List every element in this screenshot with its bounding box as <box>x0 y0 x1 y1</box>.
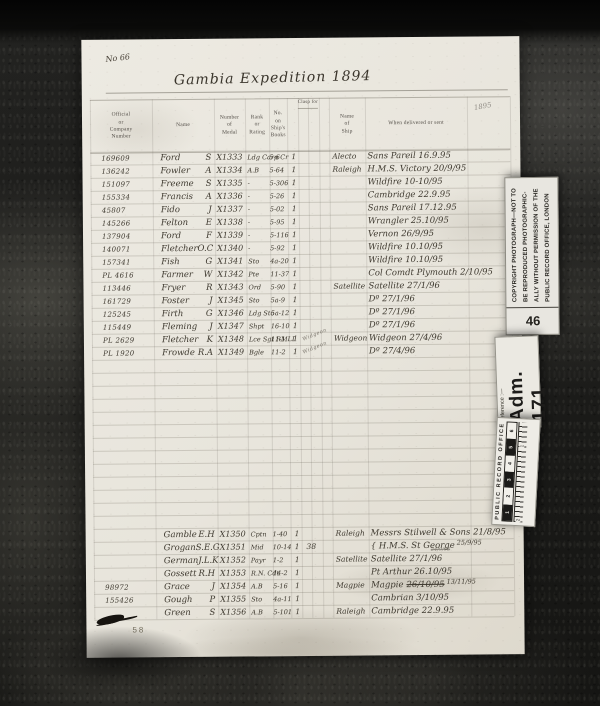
delivered-text: Dº 27/1/96 <box>369 320 415 330</box>
ships-book-cell: 1-2 <box>273 556 291 564</box>
header-clasp-group: Clasp for Gambia 1894Gambia 1894Gambia 1… <box>287 99 329 151</box>
stamp-number: 46 <box>525 313 540 328</box>
ruler-inch-cell: 2 <box>503 488 513 505</box>
surname: Fido <box>161 205 180 215</box>
ruler-inch-cell: 4 <box>505 455 515 472</box>
clasp-count: 1 <box>295 581 300 590</box>
delivered-correction: 13/11/95 <box>447 577 476 585</box>
clasp-count: 1 <box>292 230 297 239</box>
delivered-correction: 25/9/95 <box>457 538 482 546</box>
official-number: PL 1920 <box>103 349 135 357</box>
official-number: 125245 <box>103 310 132 318</box>
ruler-cm-number: 2 <box>515 518 520 523</box>
delivered-text: Dº 27/1/96 <box>369 307 415 317</box>
delivered-cell: Vernon 26/9/95 <box>366 228 468 239</box>
header-ship-name: Name of Ship <box>329 98 365 150</box>
official-number: 169609 <box>101 154 130 162</box>
delivered-text: Magpie <box>371 580 403 590</box>
clasp-count: 1 <box>295 542 300 551</box>
official-number: 155426 <box>105 596 134 604</box>
name-cell: GermanJ.L.K <box>156 555 218 566</box>
medal-number-cell: X1349 <box>216 347 247 356</box>
header-medal-number: Number of Medal <box>214 99 245 151</box>
delivered-text: Pt Arthur 26.10/95 <box>371 566 452 577</box>
initials: W <box>204 269 213 279</box>
name-cell: FletcherO.C <box>153 243 215 254</box>
rank-cell: - <box>246 192 270 200</box>
official-number-cell: 136242 <box>90 167 152 176</box>
ledger-rows-bottom-group: GambleE.H X1350 Cptn 1-40 1 Raleigh Mess… <box>94 525 515 620</box>
initials: S.E.G <box>196 542 220 552</box>
clasp-count: 1 <box>295 555 300 564</box>
header-clasp-for: Clasp for <box>298 99 318 109</box>
delivered-text: Col Comdt Plymouth 2/10/95 <box>368 267 493 278</box>
ship-cell: Raleigh <box>333 528 369 537</box>
ships-book-cell: 5a-12 <box>271 309 289 317</box>
medal-number-cell: X1335 <box>215 178 246 187</box>
delivered-text: Wildfire 10-10/95 <box>368 176 443 187</box>
name-cell: FrowdeR.A <box>154 347 216 358</box>
reference-label: Reference :— Adm. 171 <box>494 335 541 428</box>
delivered-cell: Sans Pareil 16.9.95 <box>365 150 467 161</box>
name-cell: GambleE.H <box>156 529 218 540</box>
ruler-inch-cell: 6 <box>507 423 517 440</box>
official-number: 98972 <box>105 583 129 591</box>
delivered-cell: Satellite 27/1/96 <box>369 553 471 564</box>
header-ships-books: No. on Ship's Books <box>269 99 287 151</box>
delivered-text: Wildfire 10.10/95 <box>368 254 443 265</box>
clasp-cell: 1 <box>288 191 330 200</box>
medal-number-cell: X1341 <box>215 256 246 265</box>
official-number-cell <box>94 561 156 562</box>
photograph-frame: No 66 Gambia Expedition 1894 Official or… <box>0 0 600 706</box>
delivered-cell: { H.M.S. St George25/9/9524/9/96 <box>369 540 471 551</box>
rank-cell: Ord <box>246 283 270 291</box>
surname: Grogan <box>164 542 196 552</box>
initials: R.A <box>198 347 213 357</box>
name-cell: FreemeS <box>153 178 215 189</box>
rank-cell: Bgle <box>247 348 271 356</box>
official-number-cell: PL 1920 <box>92 349 154 358</box>
rank-cell: Mid <box>249 543 273 551</box>
initials: J <box>212 581 216 591</box>
clasp-cell: 1 <box>288 204 330 213</box>
initials: S <box>206 178 212 188</box>
clasp-count: 1 <box>292 204 297 213</box>
clasp-count: 1 <box>292 269 297 278</box>
table-header: Official or Company Number Name Number o… <box>90 96 510 154</box>
delivered-cell: Widgeon 27/4/96 <box>367 332 469 343</box>
official-number: PL 4616 <box>102 271 134 279</box>
ruler-inch-cell: 5 <box>506 439 516 456</box>
surname: Fletcher <box>161 243 197 253</box>
clasp-cell: 138 <box>291 542 333 551</box>
ships-book-cell: 5-95 <box>270 218 288 226</box>
name-cell: GoughP <box>156 594 218 605</box>
clasp-cell: 1 <box>287 165 329 174</box>
official-number: 136242 <box>101 167 130 175</box>
name-cell: FordF <box>153 230 215 241</box>
official-number: 45807 <box>102 206 126 214</box>
delivered-text: Satellite 27/1/96 <box>368 280 440 291</box>
ships-book-cell: 5-92 <box>270 244 288 252</box>
medal-number-cell: X1339 <box>215 230 246 239</box>
medal-number-cell: X1355 <box>218 594 249 603</box>
clasp-count: 1 <box>292 256 297 265</box>
rank-cell: - <box>246 231 270 239</box>
medal-number-cell: X1334 <box>214 165 245 174</box>
initials: A <box>205 191 211 201</box>
clasp-count: 1 <box>295 594 300 603</box>
medal-number-cell: X1350 <box>218 529 249 538</box>
official-number: PL 2629 <box>103 336 135 344</box>
initials: J.L.K <box>198 555 218 565</box>
official-number-cell: PL 4616 <box>91 271 153 280</box>
rank-cell: - <box>246 218 270 226</box>
corner-shadow <box>50 615 260 705</box>
delivered-text: Sans Pareil 16.9.95 <box>367 150 451 161</box>
name-cell: FosterJ <box>154 295 216 306</box>
official-number-cell <box>94 535 156 536</box>
ship-cell: Alecto <box>329 151 365 160</box>
ships-book-cell: 1-40 <box>273 530 291 538</box>
delivered-cell: Dº 27/4/96 <box>367 345 469 356</box>
clasp-count: 1 <box>292 178 297 187</box>
rank-cell: Pte <box>246 270 270 278</box>
ships-book-cell: 11-37 <box>270 270 288 278</box>
ship-cell: Raleigh <box>333 606 369 615</box>
initials: S <box>205 152 211 162</box>
official-number: 155334 <box>102 193 131 201</box>
name-cell: GossettR.H <box>156 568 218 579</box>
ships-book-cell: 5-306 <box>270 179 288 187</box>
ledger-rows-top-group: 169609 FordS X1333 Ldg Carp Cr 5-6 1 Ale… <box>90 148 512 360</box>
delivered-text: Cambridge 22.9.95 <box>371 605 454 616</box>
delivered-cell: Wildfire 10.10/95 <box>366 241 468 252</box>
delivered-struck-text: 26/10/95 <box>406 579 444 589</box>
surname: Fletcher <box>162 334 198 344</box>
clasp-cell: 1 <box>291 555 333 564</box>
name-cell: FryerR <box>153 282 215 293</box>
delivered-text: Satellite 27/1/96 <box>371 553 443 564</box>
name-cell: FarmerW <box>153 269 215 280</box>
official-number-cell: 137904 <box>91 232 153 241</box>
surname: Fleming <box>162 321 197 331</box>
ruler-inch-cell: 1 <box>502 504 512 521</box>
surname: Farmer <box>161 269 193 279</box>
name-cell: FowlerA <box>152 165 214 176</box>
medal-number-cell: X1333 <box>214 152 245 161</box>
initials: J <box>209 295 213 305</box>
rank-cell: R.N. Cdt <box>249 569 273 577</box>
official-number: 115449 <box>103 323 132 331</box>
surname: Firth <box>162 309 184 319</box>
pro-ruler-label: PUBLIC RECORD OFFICE 123456 12 <box>491 417 541 527</box>
medal-number-cell: X1340 <box>215 243 246 252</box>
clasp-cell: 1 <box>288 217 330 226</box>
surname: Fryer <box>161 283 185 293</box>
surname: Fish <box>161 257 180 267</box>
clasp-count: 1 <box>293 321 298 330</box>
surname: Gamble <box>164 529 197 539</box>
official-number-cell <box>94 574 156 575</box>
initials: R.H <box>198 568 215 578</box>
rank-cell: Payr <box>249 556 273 564</box>
initials: A <box>205 165 211 175</box>
ship-cell: Magpie <box>333 580 369 589</box>
official-number-cell: 155426 <box>94 596 156 605</box>
official-number-cell <box>94 613 156 614</box>
official-number: 140071 <box>102 245 131 253</box>
clasp-count: 1 <box>295 568 300 577</box>
ledger-page: No 66 Gambia Expedition 1894 Official or… <box>81 36 524 658</box>
delivered-text: Messrs Stilwell & Sons 21/8/95 <box>371 527 506 538</box>
official-number-cell: 155334 <box>91 193 153 202</box>
ships-book-cell: 5-16 <box>273 582 291 590</box>
clasp-count: 1 <box>292 282 297 291</box>
surname: Ford <box>161 231 181 241</box>
official-number-cell: 161729 <box>92 297 154 306</box>
official-number-cell: 115449 <box>92 323 154 332</box>
rank-cell: - <box>246 179 270 187</box>
delivered-text: Sans Pareil 17.12.95 <box>368 202 457 213</box>
delivered-cell: Wrangler 25.10/95 <box>366 215 468 226</box>
ruler-cm-number: 1 <box>519 444 524 449</box>
delivered-cell: H.M.S. Victory 20/9/95 <box>365 163 467 174</box>
clasp-cell: 1 <box>291 581 333 590</box>
copyright-text: COPYRIGHT PHOTOGRAPH—NOT TOBE REPRODUCED… <box>505 178 558 307</box>
delivered-scribble: 24/9/96 <box>431 546 450 552</box>
stamp-number-box: 46 <box>506 307 558 334</box>
ships-book-cell: 5-02 <box>270 205 288 213</box>
delivered-text: Widgeon 27/4/96 <box>369 332 442 343</box>
clasp-cell: 1 <box>291 529 333 538</box>
initials: F <box>206 230 212 240</box>
official-number-cell: 145266 <box>91 219 153 228</box>
clasp-count: 1 <box>295 529 300 538</box>
ship-cell: Raleigh <box>329 164 365 173</box>
clasp-cell: 1 <box>288 256 330 265</box>
copyright-stamp: 46 COPYRIGHT PHOTOGRAPH—NOT TOBE REPRODU… <box>504 177 559 335</box>
clasp-count: 1 <box>291 152 296 161</box>
name-cell: FordS <box>152 152 214 163</box>
delivered-text: Dº 27/4/96 <box>369 346 415 356</box>
ships-book-cell: 5a-9 <box>271 296 289 304</box>
medal-number-cell: X1354 <box>218 581 249 590</box>
surname: Gough <box>164 594 192 604</box>
clasp-cell: 1 <box>288 269 330 278</box>
clasp-cell: 1 <box>288 230 330 239</box>
clasp-cell: 1 <box>288 243 330 252</box>
name-cell: FletcherK <box>154 334 216 345</box>
rank-cell: A.B <box>245 166 269 174</box>
rank-cell: A.B <box>249 582 273 590</box>
official-number: 113446 <box>102 284 131 292</box>
surname: Fowler <box>160 165 190 175</box>
medal-number-cell: X1345 <box>216 295 247 304</box>
ship-cell: Satellite <box>330 281 366 290</box>
ships-book-cell: 14-2 <box>273 569 291 577</box>
clasp-cell: 1 <box>289 295 331 304</box>
ships-book-cell: 5-101 <box>273 608 291 616</box>
medal-number-cell: X1343 <box>215 282 246 291</box>
name-cell: FirthG <box>154 308 216 319</box>
official-number-cell: 113446 <box>91 284 153 293</box>
delivered-cell: Cambridge 22.9.95 <box>369 605 471 616</box>
medal-number-cell: X1353 <box>218 568 249 577</box>
delivered-text: Vernon 26/9/95 <box>368 228 434 239</box>
ships-book-cell: 11-2 <box>271 348 289 356</box>
name-cell: FidoJ <box>153 204 215 215</box>
ships-book-cell: 4a-20 <box>270 257 288 265</box>
name-cell: GroganS.E.G <box>156 542 218 553</box>
initials: P <box>209 594 215 604</box>
ships-book-cell: 10-14 <box>273 543 291 551</box>
surname: Freeme <box>161 178 194 188</box>
delivered-cell: Cambrian 3/10/95 <box>369 592 471 603</box>
delivered-text: Wrangler 25.10/95 <box>368 215 449 226</box>
official-number: 151097 <box>102 180 131 188</box>
ship-cell: Widgeon <box>331 333 367 342</box>
clasp-cell: 1 <box>289 308 331 317</box>
ships-book-cell: 5-6 <box>269 153 287 161</box>
official-number-cell: 98972 <box>94 583 156 592</box>
official-number-cell: 151097 <box>91 180 153 189</box>
medal-number-cell: X1348 <box>216 334 247 343</box>
medal-number-cell: X1347 <box>216 321 247 330</box>
initials: J <box>208 204 212 214</box>
official-number: 157341 <box>102 258 131 266</box>
official-number-cell: PL 2629 <box>92 336 154 345</box>
ships-book-cell: 4a-11 <box>273 595 291 603</box>
rank-cell: Cptn <box>249 530 273 538</box>
official-number: 137904 <box>102 232 131 240</box>
delivered-text: Cambrian 3/10/95 <box>371 592 449 603</box>
medal-number-cell: X1351 <box>218 542 249 551</box>
rank-cell: Ldg Carp Cr <box>245 153 269 161</box>
clasp-count: 1 <box>293 308 298 317</box>
delivered-cell: Dº 27/1/96 <box>367 319 469 330</box>
name-cell: FeltonE <box>153 217 215 228</box>
official-number-cell: 169609 <box>90 154 152 163</box>
medal-number-cell: X1346 <box>216 308 247 317</box>
surname: Frowde <box>162 347 195 357</box>
medal-number-cell: X1352 <box>218 555 249 564</box>
name-cell: FrancisA <box>153 191 215 202</box>
medal-number-cell: X1342 <box>215 269 246 278</box>
delivered-cell: Pt Arthur 26.10/95 <box>369 566 471 577</box>
clasp-cell: 1Widgeon <box>289 347 331 356</box>
initials: R <box>206 282 212 292</box>
delivered-cell: Wildfire 10-10/95 <box>366 176 468 187</box>
official-number-cell: 45807 <box>91 206 153 215</box>
surname: Ford <box>160 153 180 163</box>
rank-cell: Ldg Sto <box>247 309 271 317</box>
official-number: 161729 <box>103 297 132 305</box>
delivered-text: Wildfire 10.10/95 <box>368 241 443 252</box>
name-cell: GraceJ <box>156 581 218 592</box>
clasp-cell: 1 <box>291 607 333 616</box>
ships-book-cell: 5-64 <box>269 166 287 174</box>
surname: Foster <box>162 295 190 305</box>
rank-cell: Lce Sgt RMLI <box>247 335 271 343</box>
clasp-cell: 1 <box>287 152 329 161</box>
official-number-cell <box>94 548 156 549</box>
delivered-cell: Cambridge 22.9.95 <box>366 189 468 200</box>
surname: Francis <box>161 191 193 201</box>
official-number-cell: 125245 <box>92 310 154 319</box>
header-delivered: When delivered or sent <box>365 98 467 151</box>
ships-book-cell: 5-26 <box>270 192 288 200</box>
clasp-count: 1 <box>293 334 298 343</box>
delivered-text: Cambridge 22.9.95 <box>368 189 451 200</box>
clasp-count: 1 <box>293 347 298 356</box>
official-number: 145266 <box>102 219 131 227</box>
medal-number-cell: X1337 <box>215 204 246 213</box>
initials: G <box>205 256 212 266</box>
medal-number-cell: X1338 <box>215 217 246 226</box>
rank-cell: Shpt <box>247 322 271 330</box>
ship-cell: Satellite <box>333 554 369 563</box>
surname: Gossett <box>164 568 197 578</box>
initials: O.C <box>197 243 213 253</box>
delivered-cell: Wildfire 10.10/95 <box>366 254 468 265</box>
official-number-cell: 157341 <box>91 258 153 267</box>
rank-cell: Sto <box>247 296 271 304</box>
ships-book-cell: 11-1 <box>271 335 289 343</box>
ships-book-cell: 5-116 <box>270 231 288 239</box>
rank-cell: Sto <box>246 257 270 265</box>
header-name: Name <box>152 100 214 153</box>
ruler-inch-cell: 3 <box>504 471 514 488</box>
clasp-count: 1 <box>293 295 298 304</box>
copyright-line: PUBLIC RECORD OFFICE, LONDON <box>542 178 554 302</box>
rank-cell: Sto <box>249 595 273 603</box>
clasp-extra-mark: 38 <box>306 542 316 551</box>
clasp-cell: 1 <box>288 282 330 291</box>
official-number-cell: 140071 <box>91 245 153 254</box>
header-official-number: Official or Company Number <box>90 100 152 153</box>
surname: German <box>164 555 199 565</box>
ships-book-cell: 16-10 <box>271 322 289 330</box>
delivered-cell: Sans Pareil 17.12.95 <box>366 202 468 213</box>
delivered-cell: Messrs Stilwell & Sons 21/8/95 <box>369 527 471 538</box>
clasp-cell: 1 <box>291 594 333 603</box>
clasp-cell: 1 <box>288 178 330 187</box>
clasp-count: 1 <box>292 217 297 226</box>
medal-number-cell: X1336 <box>215 191 246 200</box>
clasp-count: 1 <box>292 191 297 200</box>
rank-cell: - <box>246 205 270 213</box>
name-cell: FishG <box>153 256 215 267</box>
clasp-count: 1 <box>291 165 296 174</box>
clasp-cell: 1 <box>291 568 333 577</box>
surname: Felton <box>161 217 188 227</box>
clasp-count: 1 <box>292 243 297 252</box>
rank-cell: - <box>246 244 270 252</box>
delivered-text: H.M.S. Victory 20/9/95 <box>367 163 466 174</box>
delivered-cell: Dº 27/1/96 <box>367 306 469 317</box>
reference-value: Adm. 171 <box>505 341 552 422</box>
name-cell: FlemingJ <box>154 321 216 332</box>
header-rank: Rank or Rating <box>245 99 269 151</box>
initials: J <box>209 321 213 331</box>
delivered-cell: Col Comdt Plymouth 2/10/95 <box>366 267 468 278</box>
ships-book-cell: 5-90 <box>270 283 288 291</box>
surname: Grace <box>164 581 190 591</box>
delivered-cell: Dº 27/1/96 <box>367 293 469 304</box>
initials: K <box>207 334 213 344</box>
